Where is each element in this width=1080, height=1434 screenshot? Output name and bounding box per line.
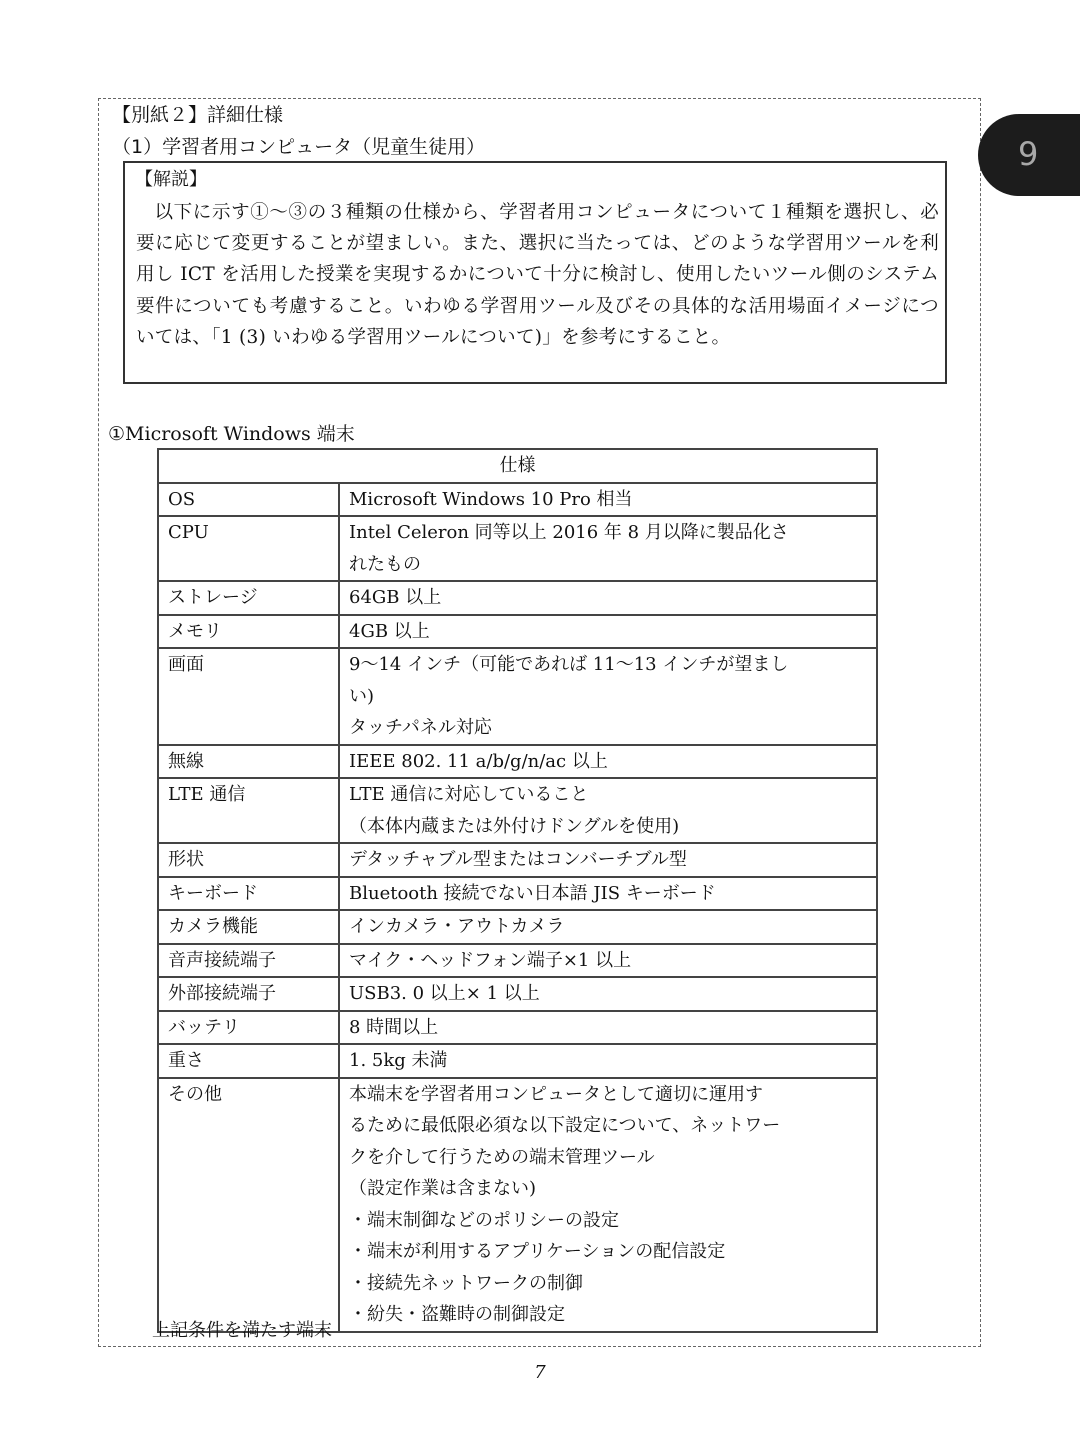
spec-value: IEEE 802. 11 a/b/g/n/ac 以上 (339, 745, 877, 779)
footer-note: 上記条件を満たす端末 (152, 1318, 332, 1344)
table-row: カメラ機能インカメラ・アウトカメラ (158, 910, 877, 944)
spec-value-line: 4GB 以上 (349, 616, 867, 648)
spec-value: Intel Celeron 同等以上 2016 年 8 月以降に製品化されたもの (339, 516, 877, 581)
spec-value-line: インカメラ・アウトカメラ (349, 911, 867, 943)
spec-table-body: OSMicrosoft Windows 10 Pro 相当CPUIntel Ce… (158, 483, 877, 1332)
spec-key: CPU (158, 516, 339, 581)
spec-value-line: 64GB 以上 (349, 582, 867, 614)
spec-value: デタッチャブル型またはコンバーチブル型 (339, 843, 877, 877)
spec-value-line: れたもの (349, 549, 867, 581)
appendix-heading: 【別紙２】詳細仕様 (112, 102, 283, 128)
spec-value: 8 時間以上 (339, 1011, 877, 1045)
spec-value-line: 9～14 インチ（可能であれば 11～13 インチが望まし (349, 649, 867, 681)
table-row: 画面9～14 インチ（可能であれば 11～13 インチが望ましい)タッチパネル対… (158, 648, 877, 745)
spec-table: 仕様 OSMicrosoft Windows 10 Pro 相当CPUIntel… (157, 448, 878, 1333)
spec-key: 画面 (158, 648, 339, 745)
spec-key: 無線 (158, 745, 339, 779)
spec-value: 本端末を学習者用コンピュータとして適切に運用するために最低限必須な以下設定につい… (339, 1078, 877, 1332)
spec-value-line: IEEE 802. 11 a/b/g/n/ac 以上 (349, 746, 867, 778)
spec-value-line: い) (349, 681, 867, 713)
spec-table-header: 仕様 (158, 449, 877, 483)
table-row: 形状デタッチャブル型またはコンバーチブル型 (158, 843, 877, 877)
chapter-number: 9 (1018, 134, 1038, 174)
section-heading: （1）学習者用コンピュータ（児童生徒用） (112, 134, 485, 160)
spec-value: Bluetooth 接続でない日本語 JIS キーボード (339, 877, 877, 911)
spec-value: LTE 通信に対応していること（本体内蔵または外付けドングルを使用) (339, 778, 877, 843)
spec-section-title: ①Microsoft Windows 端末 (108, 421, 355, 447)
spec-value-line: るために最低限必須な以下設定について、ネットワー (349, 1110, 867, 1142)
spec-value-line: マイク・ヘッドフォン端子×1 以上 (349, 945, 867, 977)
spec-value-line: Microsoft Windows 10 Pro 相当 (349, 484, 867, 516)
explanation-title: 【解説】 (135, 167, 207, 193)
spec-key: キーボード (158, 877, 339, 911)
table-row: その他本端末を学習者用コンピュータとして適切に運用するために最低限必須な以下設定… (158, 1078, 877, 1332)
spec-value-line: クを介して行うための端末管理ツール (349, 1142, 867, 1174)
spec-key: 音声接続端子 (158, 944, 339, 978)
spec-value: インカメラ・アウトカメラ (339, 910, 877, 944)
table-row: ストレージ64GB 以上 (158, 581, 877, 615)
table-row: メモリ4GB 以上 (158, 615, 877, 649)
spec-key: OS (158, 483, 339, 517)
spec-value-line: ・紛失・盗難時の制御設定 (349, 1299, 867, 1331)
spec-value-line: Bluetooth 接続でない日本語 JIS キーボード (349, 878, 867, 910)
spec-value-line: ・端末制御などのポリシーの設定 (349, 1205, 867, 1237)
spec-value-line: タッチパネル対応 (349, 712, 867, 744)
spec-value-line: 8 時間以上 (349, 1012, 867, 1044)
table-row: OSMicrosoft Windows 10 Pro 相当 (158, 483, 877, 517)
spec-value-line: LTE 通信に対応していること (349, 779, 867, 811)
spec-key: ストレージ (158, 581, 339, 615)
spec-value-line: （本体内蔵または外付けドングルを使用) (349, 811, 867, 843)
spec-value-line: デタッチャブル型またはコンバーチブル型 (349, 844, 867, 876)
spec-value-line: USB3. 0 以上× 1 以上 (349, 978, 867, 1010)
spec-value-line: 1. 5kg 未満 (349, 1045, 867, 1077)
chapter-tab[interactable]: 9 (978, 114, 1080, 196)
spec-key: カメラ機能 (158, 910, 339, 944)
spec-value-line: ・接続先ネットワークの制御 (349, 1268, 867, 1300)
spec-key: LTE 通信 (158, 778, 339, 843)
explanation-body: 以下に示す①～③の３種類の仕様から、学習者用コンピュータについて１種類を選択し、… (136, 197, 939, 353)
spec-value: 9～14 インチ（可能であれば 11～13 インチが望ましい)タッチパネル対応 (339, 648, 877, 745)
table-row: キーボードBluetooth 接続でない日本語 JIS キーボード (158, 877, 877, 911)
table-row: 無線IEEE 802. 11 a/b/g/n/ac 以上 (158, 745, 877, 779)
spec-value-line: （設定作業は含まない) (349, 1173, 867, 1205)
spec-table-header-row: 仕様 (158, 449, 877, 483)
table-row: CPUIntel Celeron 同等以上 2016 年 8 月以降に製品化され… (158, 516, 877, 581)
spec-key: 外部接続端子 (158, 977, 339, 1011)
spec-value: USB3. 0 以上× 1 以上 (339, 977, 877, 1011)
spec-value: 64GB 以上 (339, 581, 877, 615)
table-row: 音声接続端子マイク・ヘッドフォン端子×1 以上 (158, 944, 877, 978)
spec-key: バッテリ (158, 1011, 339, 1045)
spec-key: 形状 (158, 843, 339, 877)
explanation-box: 【解説】 以下に示す①～③の３種類の仕様から、学習者用コンピュータについて１種類… (123, 161, 947, 384)
table-row: 外部接続端子USB3. 0 以上× 1 以上 (158, 977, 877, 1011)
spec-key: その他 (158, 1078, 339, 1332)
spec-value: 1. 5kg 未満 (339, 1044, 877, 1078)
spec-value-line: 本端末を学習者用コンピュータとして適切に運用す (349, 1079, 867, 1111)
spec-key: 重さ (158, 1044, 339, 1078)
table-row: 重さ1. 5kg 未満 (158, 1044, 877, 1078)
spec-value: マイク・ヘッドフォン端子×1 以上 (339, 944, 877, 978)
spec-value-line: Intel Celeron 同等以上 2016 年 8 月以降に製品化さ (349, 517, 867, 549)
spec-value: Microsoft Windows 10 Pro 相当 (339, 483, 877, 517)
page-number: 7 (0, 1362, 1080, 1383)
spec-value-line: ・端末が利用するアプリケーションの配信設定 (349, 1236, 867, 1268)
spec-key: メモリ (158, 615, 339, 649)
spec-value: 4GB 以上 (339, 615, 877, 649)
table-row: バッテリ8 時間以上 (158, 1011, 877, 1045)
table-row: LTE 通信LTE 通信に対応していること（本体内蔵または外付けドングルを使用) (158, 778, 877, 843)
